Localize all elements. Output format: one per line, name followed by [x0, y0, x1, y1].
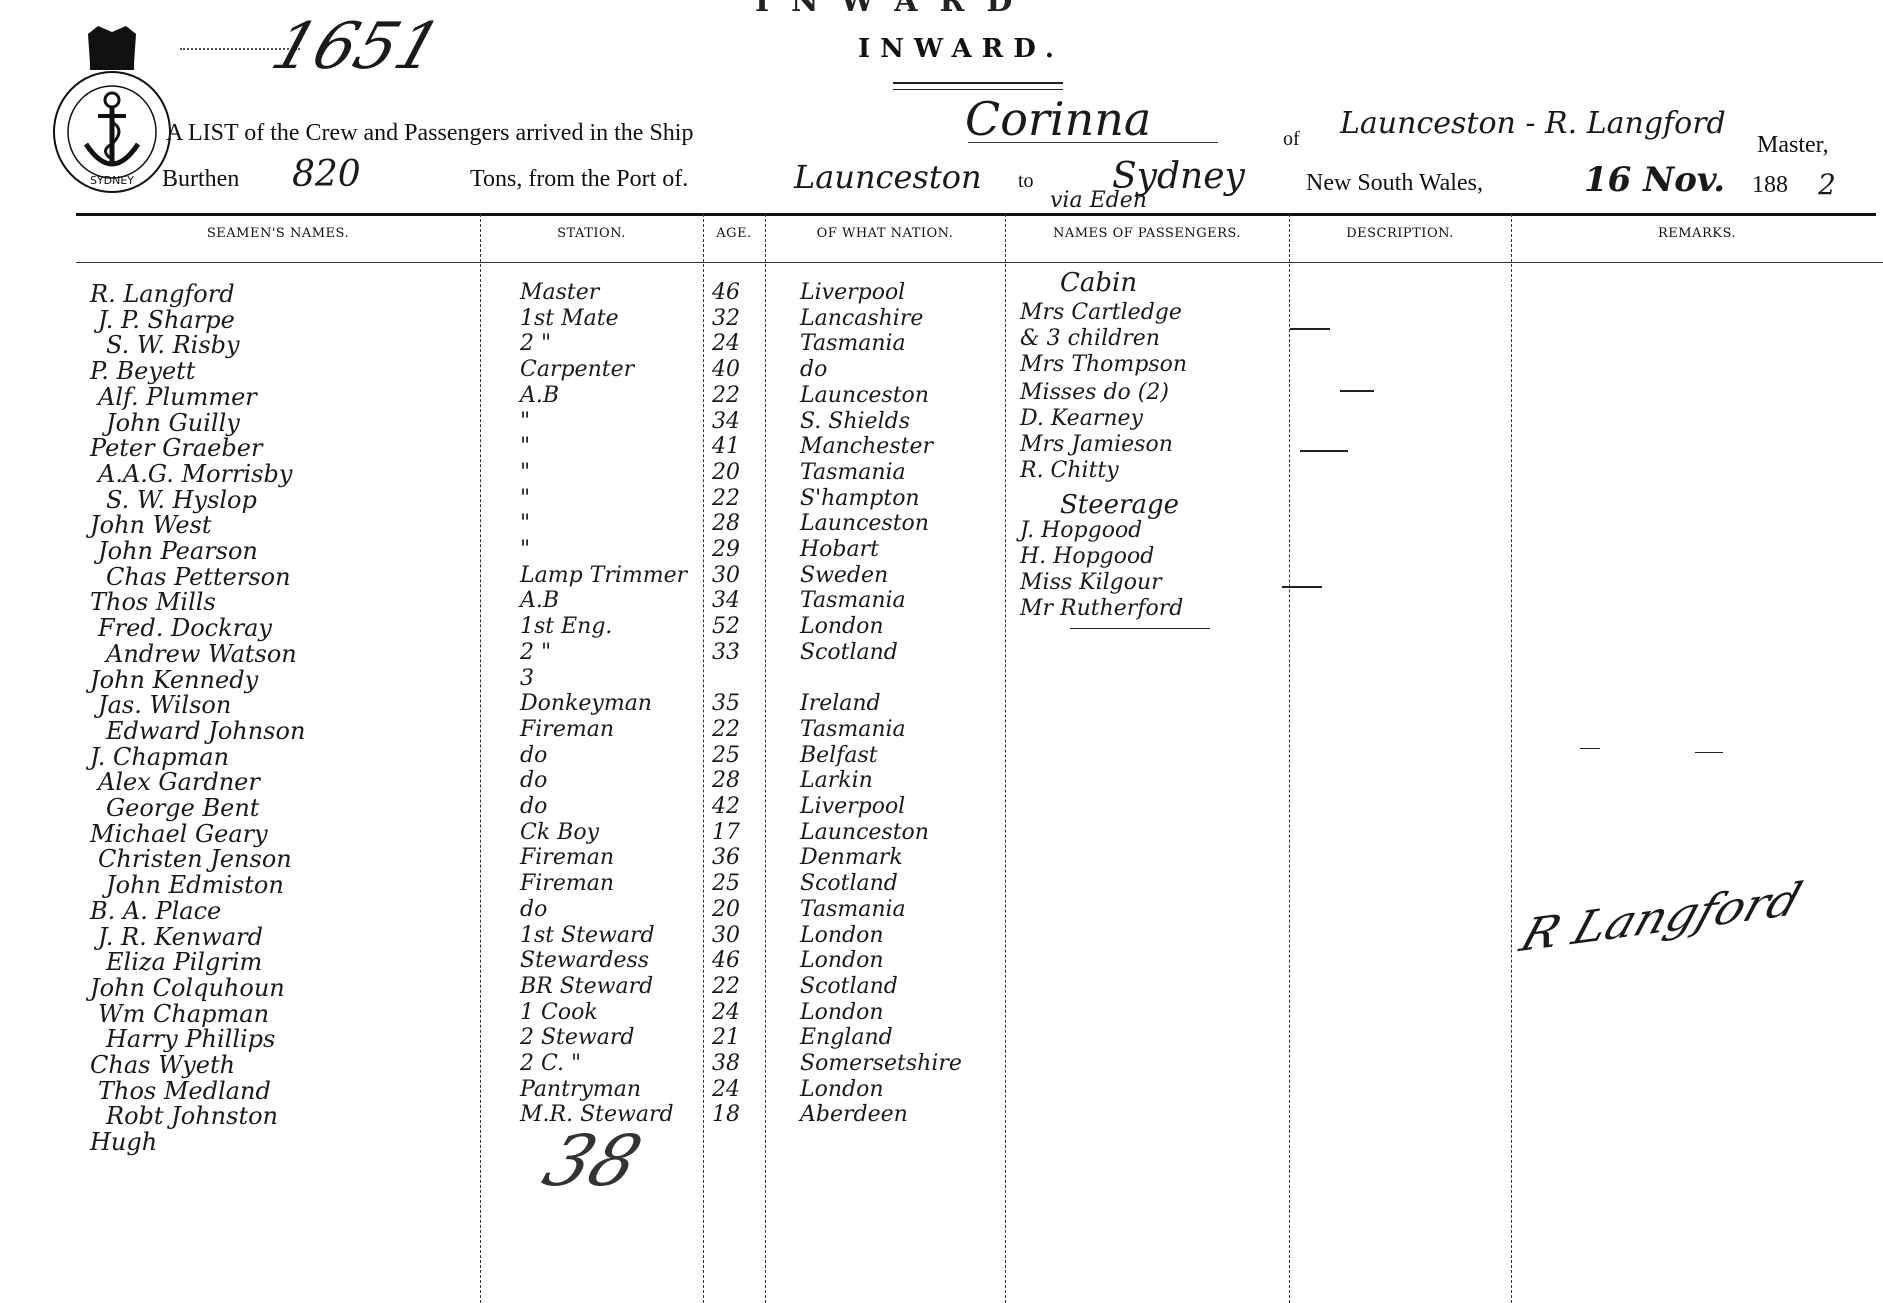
- age-cell: 22: [712, 486, 740, 511]
- seaman-name: B. A. Place: [90, 897, 221, 925]
- crew-row: John Guilly"34S. Shields: [0, 409, 1005, 435]
- passenger-list-end-rule: [1070, 628, 1210, 629]
- header-underline: [76, 262, 480, 263]
- age-cell: 25: [712, 871, 740, 896]
- station-cell: BR Steward: [520, 974, 653, 999]
- passenger-name: R. Chitty: [1020, 458, 1119, 483]
- crew-row: John Pearson"29Hobart: [0, 537, 1005, 563]
- station-cell: ": [520, 537, 530, 562]
- nation-cell: Scotland: [800, 974, 898, 999]
- station-cell: do: [520, 794, 547, 819]
- crew-row: A.A.G. Morrisby"20Tasmania: [0, 460, 1005, 486]
- ship-name: Corinna: [965, 92, 1151, 146]
- age-cell: 33: [712, 640, 740, 665]
- station-cell: A.B: [520, 588, 559, 613]
- station-cell: do: [520, 768, 547, 793]
- crew-row: John ColquhounBR Steward22Scotland: [0, 974, 1005, 1000]
- header-nation: OF WHAT NATION.: [765, 226, 1005, 241]
- nation-cell: Manchester: [800, 434, 933, 459]
- nation-cell: Aberdeen: [800, 1102, 908, 1127]
- column-divider: [1511, 214, 1512, 1303]
- age-cell: 32: [712, 306, 740, 331]
- age-cell: 46: [712, 280, 740, 305]
- crew-row: George Bentdo42Liverpool: [0, 794, 1005, 820]
- passenger-name: H. Hopgood: [1020, 544, 1154, 569]
- age-cell: 34: [712, 409, 740, 434]
- list-title-text: A LIST of the Crew and Passengers arrive…: [166, 120, 693, 147]
- state-label: New South Wales,: [1306, 170, 1483, 197]
- age-cell: 52: [712, 614, 740, 639]
- station-cell: Ck Boy: [520, 820, 599, 845]
- crew-row: Hugh: [0, 1128, 1005, 1154]
- crew-row: Christen JensonFireman36Denmark: [0, 845, 1005, 871]
- passenger-name: Miss Kilgour: [1020, 570, 1162, 595]
- age-cell: 24: [712, 1077, 740, 1102]
- seaman-name: S. W. Hyslop: [106, 486, 257, 514]
- arrival-date: 16 Nov.: [1584, 160, 1725, 200]
- station-cell: Carpenter: [520, 357, 634, 382]
- tick-mark: [1300, 450, 1348, 452]
- age-cell: 35: [712, 691, 740, 716]
- station-cell: 1st Steward: [520, 923, 655, 948]
- seaman-name: Jas. Wilson: [98, 691, 231, 719]
- station-cell: 2 Steward: [520, 1025, 634, 1050]
- nation-cell: Tasmania: [800, 897, 906, 922]
- column-divider: [1289, 214, 1290, 1303]
- nation-cell: Launceston: [800, 511, 929, 536]
- passenger-name: Misses do (2): [1020, 380, 1169, 405]
- burthen-label: Burthen: [162, 166, 239, 193]
- nation-cell: Ireland: [800, 691, 881, 716]
- faint-mark: [1695, 752, 1723, 753]
- header-remarks: REMARKS.: [1511, 226, 1883, 241]
- station-cell: 1st Eng.: [520, 614, 612, 639]
- age-cell: 20: [712, 460, 740, 485]
- passenger-name: Mrs Jamieson: [1020, 432, 1173, 457]
- of-label: of: [1283, 128, 1300, 151]
- crew-row: Peter Graeber"41Manchester: [0, 434, 1005, 460]
- passenger-name: D. Kearney: [1020, 406, 1143, 431]
- nation-cell: Larkin: [800, 768, 873, 793]
- tonnage-value: 820: [292, 154, 361, 195]
- age-cell: 25: [712, 743, 740, 768]
- passenger-class-heading: Cabin: [1060, 268, 1137, 298]
- header-underline: [703, 262, 765, 263]
- station-cell: ": [520, 486, 530, 511]
- seaman-name: Andrew Watson: [106, 640, 297, 668]
- seaman-name: Wm Chapman: [98, 1000, 269, 1028]
- crew-row: J. R. Kenward1st Steward30London: [0, 923, 1005, 949]
- passenger-name: J. Hopgood: [1020, 518, 1142, 543]
- header-underline: [765, 262, 1005, 263]
- crew-row: Harry Phillips2 Steward21England: [0, 1025, 1005, 1051]
- nation-cell: Scotland: [800, 871, 898, 896]
- age-cell: 20: [712, 897, 740, 922]
- crew-row: Andrew Watson2 "33Scotland: [0, 640, 1005, 666]
- crew-row: J. Chapmando25Belfast: [0, 743, 1005, 769]
- age-cell: 24: [712, 1000, 740, 1025]
- nation-cell: Launceston: [800, 383, 929, 408]
- crew-row: S. W. Hyslop"22S'hampton: [0, 486, 1005, 512]
- station-cell: Lamp Trimmer: [520, 563, 687, 588]
- crew-row: Fred. Dockray1st Eng.52London: [0, 614, 1005, 640]
- seaman-name: Harry Phillips: [106, 1025, 275, 1053]
- nation-cell: Launceston: [800, 820, 929, 845]
- passenger-name: & 3 children: [1020, 326, 1160, 351]
- nation-cell: Tasmania: [800, 460, 906, 485]
- destination-port: Sydney: [1112, 156, 1245, 197]
- tick-mark: [1290, 328, 1330, 330]
- age-cell: 17: [712, 820, 740, 845]
- master-signature: R Langford: [1514, 872, 1808, 962]
- age-cell: 38: [712, 1051, 740, 1076]
- station-cell: A.B: [520, 383, 559, 408]
- age-cell: 22: [712, 974, 740, 999]
- seaman-name: John West: [90, 511, 212, 539]
- year-suffix: 2: [1818, 168, 1836, 201]
- nation-cell: London: [800, 1000, 884, 1025]
- header-age: AGE.: [703, 226, 765, 241]
- ship-name-underline: [968, 142, 1218, 143]
- nation-cell: Tasmania: [800, 331, 906, 356]
- header-underline: [1289, 262, 1511, 263]
- shipping-master-seal: SYDNEY: [50, 24, 174, 194]
- crew-row: Edward JohnsonFireman22Tasmania: [0, 717, 1005, 743]
- crew-row: John EdmistonFireman25Scotland: [0, 871, 1005, 897]
- seaman-name: John Guilly: [106, 409, 240, 437]
- crew-row: P. BeyettCarpenter40do: [0, 357, 1005, 383]
- header-passengers: NAMES OF PASSENGERS.: [1005, 226, 1289, 241]
- age-cell: 34: [712, 588, 740, 613]
- seaman-name: Alex Gardner: [98, 768, 260, 796]
- crew-row: Thos MillsA.B34Tasmania: [0, 588, 1005, 614]
- svg-text:SYDNEY: SYDNEY: [90, 174, 134, 187]
- header-underline: [1511, 262, 1883, 263]
- seaman-name: Chas Wyeth: [90, 1051, 235, 1079]
- nation-cell: S. Shields: [800, 409, 910, 434]
- age-cell: 28: [712, 511, 740, 536]
- crew-row: John Kennedy3: [0, 666, 1005, 692]
- age-cell: 36: [712, 845, 740, 870]
- seaman-name: Thos Medland: [98, 1077, 271, 1105]
- header-description: DESCRIPTION.: [1289, 226, 1511, 241]
- nation-cell: London: [800, 614, 884, 639]
- nation-cell: Hobart: [800, 537, 879, 562]
- crew-row: John West"28Launceston: [0, 511, 1005, 537]
- nation-cell: Liverpool: [800, 280, 905, 305]
- crew-row: Chas PettersonLamp Trimmer30Sweden: [0, 563, 1005, 589]
- seaman-name: A.A.G. Morrisby: [98, 460, 292, 488]
- crew-row: Alex Gardnerdo28Larkin: [0, 768, 1005, 794]
- station-cell: Stewardess: [520, 948, 649, 973]
- station-cell: 3: [520, 666, 534, 691]
- age-cell: 22: [712, 383, 740, 408]
- seaman-name: P. Beyett: [90, 357, 195, 385]
- tons-label: Tons, from the Port of.: [470, 166, 688, 193]
- age-cell: 29: [712, 537, 740, 562]
- nation-cell: London: [800, 923, 884, 948]
- seaman-name: John Edmiston: [106, 871, 284, 899]
- home-port-and-master: Launceston - R. Langford: [1340, 106, 1726, 141]
- seaman-name: R. Langford: [90, 280, 235, 308]
- nation-cell: do: [800, 357, 827, 382]
- station-cell: Fireman: [520, 871, 614, 896]
- passenger-class-heading: Steerage: [1060, 490, 1179, 520]
- station-cell: Master: [520, 280, 599, 305]
- passenger-name: Mrs Thompson: [1020, 352, 1187, 377]
- station-cell: ": [520, 434, 530, 459]
- seaman-name: Michael Geary: [90, 820, 268, 848]
- seaman-name: Chas Petterson: [106, 563, 291, 591]
- tick-mark: [1340, 390, 1374, 392]
- crew-row: Thos MedlandPantryman24London: [0, 1077, 1005, 1103]
- station-cell: do: [520, 743, 547, 768]
- age-cell: 18: [712, 1102, 740, 1127]
- crew-row: J. P. Sharpe1st Mate32Lancashire: [0, 306, 1005, 332]
- departure-port: Launceston: [794, 158, 982, 196]
- nation-cell: Lancashire: [800, 306, 923, 331]
- seaman-name: Eliza Pilgrim: [106, 948, 262, 976]
- crew-row: Jas. WilsonDonkeyman35Ireland: [0, 691, 1005, 717]
- crew-row: Robt JohnstonM.R. Steward18Aberdeen: [0, 1102, 1005, 1128]
- station-cell: ": [520, 409, 530, 434]
- crew-row: Michael GearyCk Boy17Launceston: [0, 820, 1005, 846]
- nation-cell: Denmark: [800, 845, 903, 870]
- header-station: STATION.: [480, 226, 703, 241]
- station-cell: 2 ": [520, 640, 551, 665]
- seaman-name: J. P. Sharpe: [98, 306, 235, 334]
- seaman-name: J. R. Kenward: [98, 923, 263, 951]
- seaman-name: S. W. Risby: [106, 331, 240, 359]
- age-cell: 41: [712, 434, 740, 459]
- nation-cell: Liverpool: [800, 794, 905, 819]
- master-label: Master,: [1757, 132, 1829, 159]
- age-cell: 21: [712, 1025, 740, 1050]
- serial-number: 1651: [263, 10, 450, 84]
- nation-cell: Sweden: [800, 563, 888, 588]
- nation-cell: Tasmania: [800, 717, 906, 742]
- age-cell: 30: [712, 923, 740, 948]
- station-cell: ": [520, 511, 530, 536]
- seaman-name: Peter Graeber: [90, 434, 262, 462]
- nation-cell: Tasmania: [800, 588, 906, 613]
- station-cell: ": [520, 460, 530, 485]
- station-cell: Donkeyman: [520, 691, 652, 716]
- crew-row: S. W. Risby2 "24Tasmania: [0, 331, 1005, 357]
- nation-cell: London: [800, 1077, 884, 1102]
- anchor-crown-icon: SYDNEY: [50, 24, 174, 194]
- seaman-name: Christen Jenson: [98, 845, 292, 873]
- header-underline: [480, 262, 703, 263]
- decorative-rule: [893, 82, 1063, 90]
- station-cell: Pantryman: [520, 1077, 641, 1102]
- passenger-name: Mr Rutherford: [1020, 596, 1183, 621]
- seaman-name: John Kennedy: [90, 666, 258, 694]
- crew-row: Alf. PlummerA.B22Launceston: [0, 383, 1005, 409]
- nation-cell: Scotland: [800, 640, 898, 665]
- station-cell: Fireman: [520, 845, 614, 870]
- age-cell: 42: [712, 794, 740, 819]
- station-cell: 2 ": [520, 331, 551, 356]
- table-top-rule: [76, 213, 1876, 216]
- station-cell: 2 C. ": [520, 1051, 581, 1076]
- station-cell: do: [520, 897, 547, 922]
- nation-cell: London: [800, 948, 884, 973]
- age-cell: 22: [712, 717, 740, 742]
- seaman-name: Thos Mills: [90, 588, 216, 616]
- tick-mark: [1282, 586, 1322, 588]
- header-underline: [1005, 262, 1289, 263]
- station-cell: Fireman: [520, 717, 614, 742]
- nation-cell: Belfast: [800, 743, 878, 768]
- age-cell: 46: [712, 948, 740, 973]
- seaman-name: John Colquhoun: [90, 974, 285, 1002]
- seaman-name: Robt Johnston: [106, 1102, 278, 1130]
- faint-mark: [1580, 748, 1600, 749]
- seaman-name: Hugh: [90, 1128, 157, 1156]
- crew-row: B. A. Placedo20Tasmania: [0, 897, 1005, 923]
- crew-row: Chas Wyeth2 C. "38Somersetshire: [0, 1051, 1005, 1077]
- age-cell: 28: [712, 768, 740, 793]
- form-title: INWARD.: [858, 34, 1064, 64]
- seaman-name: Edward Johnson: [106, 717, 305, 745]
- nation-cell: England: [800, 1025, 893, 1050]
- crew-row: Wm Chapman1 Cook24London: [0, 1000, 1005, 1026]
- seaman-name: J. Chapman: [90, 743, 229, 771]
- nation-cell: Somersetshire: [800, 1051, 962, 1076]
- seaman-name: John Pearson: [98, 537, 258, 565]
- age-cell: 30: [712, 563, 740, 588]
- crew-row: Eliza PilgrimStewardess46London: [0, 948, 1005, 974]
- station-cell: 1st Mate: [520, 306, 619, 331]
- to-label: to: [1018, 170, 1034, 193]
- banner-top-cropped: INWARD: [755, 0, 1034, 19]
- passenger-name: Mrs Cartledge: [1020, 300, 1182, 325]
- nation-cell: S'hampton: [800, 486, 920, 511]
- station-cell: 1 Cook: [520, 1000, 598, 1025]
- year-prefix: 188: [1752, 172, 1788, 199]
- crew-row: R. LangfordMaster46Liverpool: [0, 280, 1005, 306]
- age-cell: 24: [712, 331, 740, 356]
- seaman-name: George Bent: [106, 794, 259, 822]
- header-seamen-names: SEAMEN'S NAMES.: [76, 226, 480, 241]
- age-cell: 40: [712, 357, 740, 382]
- seaman-name: Alf. Plummer: [98, 383, 257, 411]
- column-divider: [1005, 214, 1006, 1303]
- seaman-name: Fred. Dockray: [98, 614, 272, 642]
